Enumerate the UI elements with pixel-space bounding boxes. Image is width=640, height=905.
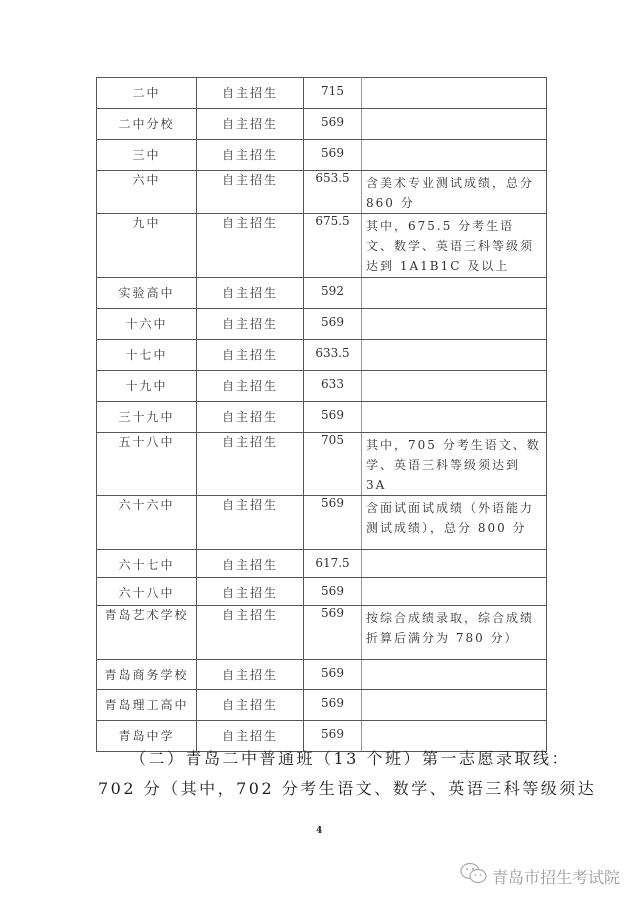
table-row: 青岛理工高中自主招生569: [97, 690, 547, 721]
score-cell: 569: [304, 660, 362, 690]
admission-type-cell: 自主招生: [197, 78, 304, 109]
note-cell: [362, 140, 547, 171]
score-cell: 569: [304, 578, 362, 606]
admission-type-cell-text: 自主招生: [197, 433, 303, 450]
admission-type-cell: 自主招生: [197, 550, 304, 578]
note-cell-text: [362, 371, 546, 373]
table-row: 九中自主招生675.5其中，675.5 分考生语文、数学、英语三科等级须达到 1…: [97, 214, 547, 278]
table-row: 六十八中自主招生569: [97, 578, 547, 606]
school-name-cell: 十九中: [97, 371, 197, 402]
score-cell-text: 569: [304, 496, 361, 510]
school-name-cell: 青岛艺术学校: [97, 606, 197, 660]
table-row: 六十七中自主招生617.5: [97, 550, 547, 578]
school-name-cell-text: 青岛商务学校: [97, 660, 196, 683]
score-cell-text: 705: [304, 433, 361, 447]
section-heading-line: （二）青岛二中普通班（13 个班）第一志愿录取线：: [130, 746, 570, 769]
score-cell: 569: [304, 140, 362, 171]
table-row: 十九中自主招生633: [97, 371, 547, 402]
watermark-text: 青岛市招生考试院: [492, 865, 620, 888]
school-name-cell: 六十七中: [97, 550, 197, 578]
note-cell-text: 按综合成绩录取，综合成绩折算后满分为 780 分）: [362, 606, 546, 648]
score-cell: 569: [304, 606, 362, 660]
note-cell-text: [362, 78, 546, 80]
admission-type-cell: 自主招生: [197, 309, 304, 340]
admission-type-cell: 自主招生: [197, 496, 304, 550]
admission-type-cell-text: 自主招生: [197, 496, 303, 513]
admission-type-cell: 自主招生: [197, 433, 304, 496]
score-cell: 633.5: [304, 340, 362, 371]
table-row: 十六中自主招生569: [97, 309, 547, 340]
school-name-cell-text: 青岛理工高中: [97, 690, 196, 713]
school-name-cell: 五十八中: [97, 433, 197, 496]
table-body: 二中自主招生715二中分校自主招生569三中自主招生569六中自主招生653.5…: [97, 78, 547, 752]
admission-type-cell-text: 自主招生: [197, 78, 303, 101]
table-row: 二中分校自主招生569: [97, 109, 547, 140]
score-cell-text: 675.5: [304, 214, 361, 228]
admission-type-cell-text: 自主招生: [197, 171, 303, 188]
table-row: 六中自主招生653.5含美术专业测试成绩，总分 860 分: [97, 171, 547, 214]
table-row: 三十九中自主招生569: [97, 402, 547, 433]
school-name-cell-text: 六十八中: [97, 578, 196, 601]
score-cell-text: 569: [304, 721, 361, 741]
admission-type-cell: 自主招生: [197, 690, 304, 721]
note-cell-text: [362, 721, 546, 723]
note-cell: [362, 278, 547, 309]
score-cell: 569: [304, 496, 362, 550]
table-row: 三中自主招生569: [97, 140, 547, 171]
note-cell-text: [362, 578, 546, 580]
admission-type-cell: 自主招生: [197, 214, 304, 278]
table-row: 六十六中自主招生569含面试面试成绩（外语能力测试成绩），总分 800 分: [97, 496, 547, 550]
note-cell-text: [362, 109, 546, 111]
admission-type-cell-text: 自主招生: [197, 660, 303, 683]
admission-type-cell-text: 自主招生: [197, 109, 303, 132]
school-name-cell: 二中分校: [97, 109, 197, 140]
admission-type-cell-text: 自主招生: [197, 550, 303, 573]
score-cell: 705: [304, 433, 362, 496]
admission-type-cell-text: 自主招生: [197, 578, 303, 601]
note-cell: [362, 371, 547, 402]
note-cell: [362, 578, 547, 606]
score-cell-text: 569: [304, 606, 361, 620]
school-name-cell-text: 六十七中: [97, 550, 196, 573]
school-name-cell-text: 青岛中学: [97, 721, 196, 744]
admission-type-cell: 自主招生: [197, 140, 304, 171]
school-name-cell: 青岛理工高中: [97, 690, 197, 721]
note-cell-text: 其中，705 分考生语文、数学、英语三科等级须达到 3A: [362, 433, 546, 495]
school-name-cell-text: 六中: [97, 171, 196, 188]
note-cell: 其中，705 分考生语文、数学、英语三科等级须达到 3A: [362, 433, 547, 496]
school-name-cell-text: 十九中: [97, 371, 196, 394]
note-cell: [362, 690, 547, 721]
note-cell: [362, 309, 547, 340]
school-name-cell: 青岛商务学校: [97, 660, 197, 690]
admission-type-cell-text: 自主招生: [197, 606, 303, 623]
admission-type-cell-text: 自主招生: [197, 340, 303, 363]
admission-type-cell: 自主招生: [197, 340, 304, 371]
admission-type-cell: 自主招生: [197, 371, 304, 402]
admission-type-cell-text: 自主招生: [197, 402, 303, 425]
admission-type-cell: 自主招生: [197, 171, 304, 214]
school-name-cell-text: 五十八中: [97, 433, 196, 450]
admission-type-cell: 自主招生: [197, 660, 304, 690]
school-name-cell-text: 实验高中: [97, 278, 196, 301]
admission-type-cell-text: 自主招生: [197, 690, 303, 713]
note-cell: [362, 109, 547, 140]
wechat-icon: [460, 862, 488, 890]
admission-type-cell-text: 自主招生: [197, 309, 303, 332]
score-cell-text: 569: [304, 402, 361, 422]
school-name-cell: 三中: [97, 140, 197, 171]
score-cell: 569: [304, 690, 362, 721]
score-cell: 617.5: [304, 550, 362, 578]
school-name-cell: 九中: [97, 214, 197, 278]
note-cell-text: [362, 550, 546, 552]
score-cell-text: 633: [304, 371, 361, 391]
admission-type-cell: 自主招生: [197, 578, 304, 606]
score-cell-text: 569: [304, 578, 361, 598]
note-cell: [362, 550, 547, 578]
note-cell-text: [362, 690, 546, 692]
school-name-cell-text: 二中分校: [97, 109, 196, 132]
note-cell-text: [362, 309, 546, 311]
school-name-cell-text: 青岛艺术学校: [97, 606, 196, 623]
note-cell: [362, 78, 547, 109]
admission-type-cell-text: 自主招生: [197, 214, 303, 231]
note-cell-text: [362, 278, 546, 280]
admission-type-cell: 自主招生: [197, 109, 304, 140]
school-name-cell: 二中: [97, 78, 197, 109]
score-cell: 569: [304, 109, 362, 140]
note-cell: 按综合成绩录取，综合成绩折算后满分为 780 分）: [362, 606, 547, 660]
note-cell: [362, 340, 547, 371]
school-name-cell-text: 十七中: [97, 340, 196, 363]
score-cell-text: 592: [304, 278, 361, 298]
note-cell-text: [362, 340, 546, 342]
table-row: 二中自主招生715: [97, 78, 547, 109]
score-cell-text: 633.5: [304, 340, 361, 360]
note-cell: 含面试面试成绩（外语能力测试成绩），总分 800 分: [362, 496, 547, 550]
admission-type-cell: 自主招生: [197, 278, 304, 309]
page-number: 4: [316, 826, 322, 836]
table-row: 青岛艺术学校自主招生569按综合成绩录取，综合成绩折算后满分为 780 分）: [97, 606, 547, 660]
score-cell: 569: [304, 309, 362, 340]
school-name-cell-text: 三中: [97, 140, 196, 163]
note-cell: [362, 402, 547, 433]
score-cell: 633: [304, 371, 362, 402]
table-row: 实验高中自主招生592: [97, 278, 547, 309]
score-cell: 569: [304, 402, 362, 433]
note-cell-text: [362, 402, 546, 404]
note-cell: 含美术专业测试成绩，总分 860 分: [362, 171, 547, 214]
score-cell-text: 569: [304, 140, 361, 160]
admission-type-cell-text: 自主招生: [197, 721, 303, 744]
score-cell-text: 569: [304, 309, 361, 329]
school-name-cell-text: 十六中: [97, 309, 196, 332]
school-name-cell: 三十九中: [97, 402, 197, 433]
admission-type-cell-text: 自主招生: [197, 140, 303, 163]
body-paragraph-line: 702 分（其中，702 分考生语文、数学、英语三科等级须达: [98, 776, 596, 799]
table-row: 十七中自主招生633.5: [97, 340, 547, 371]
table-row: 青岛商务学校自主招生569: [97, 660, 547, 690]
score-cell: 592: [304, 278, 362, 309]
score-cell-text: 653.5: [304, 171, 361, 185]
note-cell-text: [362, 660, 546, 662]
score-cell-text: 715: [304, 78, 361, 98]
admission-type-cell: 自主招生: [197, 402, 304, 433]
school-name-cell: 实验高中: [97, 278, 197, 309]
score-cell-text: 569: [304, 660, 361, 680]
score-cell-text: 569: [304, 690, 361, 710]
school-name-cell: 六中: [97, 171, 197, 214]
score-cell: 653.5: [304, 171, 362, 214]
school-name-cell-text: 三十九中: [97, 402, 196, 425]
note-cell-text: 含美术专业测试成绩，总分 860 分: [362, 171, 546, 213]
score-cell: 715: [304, 78, 362, 109]
school-name-cell-text: 二中: [97, 78, 196, 101]
note-cell-text: 含面试面试成绩（外语能力测试成绩），总分 800 分: [362, 496, 546, 538]
admission-type-cell-text: 自主招生: [197, 278, 303, 301]
note-cell-text: [362, 140, 546, 142]
school-name-cell-text: 六十六中: [97, 496, 196, 513]
score-cell-text: 617.5: [304, 550, 361, 570]
score-cell: 675.5: [304, 214, 362, 278]
school-name-cell: 十六中: [97, 309, 197, 340]
watermark: 青岛市招生考试院: [460, 862, 620, 890]
document-page: 二中自主招生715二中分校自主招生569三中自主招生569六中自主招生653.5…: [0, 0, 640, 905]
table-row: 五十八中自主招生705其中，705 分考生语文、数学、英语三科等级须达到 3A: [97, 433, 547, 496]
school-name-cell-text: 九中: [97, 214, 196, 231]
school-name-cell: 六十八中: [97, 578, 197, 606]
note-cell: [362, 660, 547, 690]
admission-scores-table: 二中自主招生715二中分校自主招生569三中自主招生569六中自主招生653.5…: [96, 77, 547, 752]
note-cell-text: 其中，675.5 分考生语文、数学、英语三科等级须达到 1A1B1C 及以上: [362, 214, 546, 276]
score-cell-text: 569: [304, 109, 361, 129]
admission-type-cell: 自主招生: [197, 606, 304, 660]
note-cell: 其中，675.5 分考生语文、数学、英语三科等级须达到 1A1B1C 及以上: [362, 214, 547, 278]
school-name-cell: 十七中: [97, 340, 197, 371]
admission-type-cell-text: 自主招生: [197, 371, 303, 394]
school-name-cell: 六十六中: [97, 496, 197, 550]
